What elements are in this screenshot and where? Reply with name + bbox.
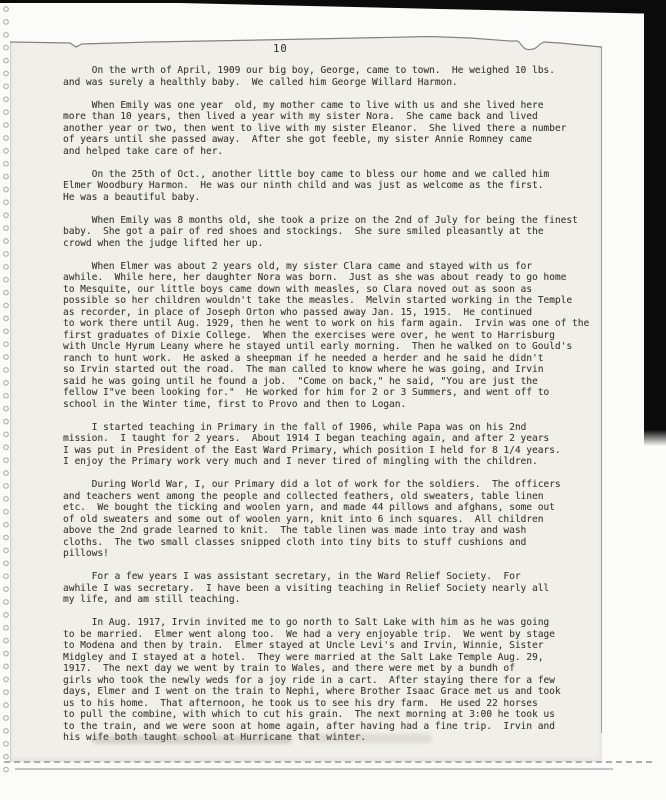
scanner-edge-right	[644, 0, 666, 446]
page-text: On the wrth of April, 1909 our big boy, …	[63, 65, 599, 755]
scanned-document: 10 On the wrth of April, 1909 our big bo…	[0, 0, 666, 800]
ink-smudge	[92, 736, 292, 744]
paragraph: I started teaching in Primary in the fal…	[63, 422, 599, 468]
perforation-line	[4, 761, 652, 763]
ink-smudge	[330, 22, 390, 28]
scanner-edge-top	[0, 0, 666, 14]
page-number: 10	[273, 43, 288, 55]
page-right-edge	[601, 47, 602, 733]
paragraph: When Emily was 8 months old, she took a …	[63, 215, 599, 250]
paragraph: When Elmer was about 2 years old, my sis…	[63, 261, 599, 411]
ink-smudge	[302, 734, 432, 743]
paragraph: On the wrth of April, 1909 our big boy, …	[63, 65, 599, 88]
paragraph: On the 25th of Oct., another little boy …	[63, 169, 599, 204]
paragraph: When Emily was one year old, my mother c…	[63, 100, 599, 158]
paragraph: During World War, I, our Primary did a l…	[63, 479, 599, 560]
paragraph: For a few years I was assistant secretar…	[63, 571, 599, 606]
paragraph: In Aug. 1917, Irvin invited me to go nor…	[63, 617, 599, 744]
page-bottom-edge	[15, 768, 613, 770]
page-sheet: 10 On the wrth of April, 1909 our big bo…	[10, 36, 602, 762]
